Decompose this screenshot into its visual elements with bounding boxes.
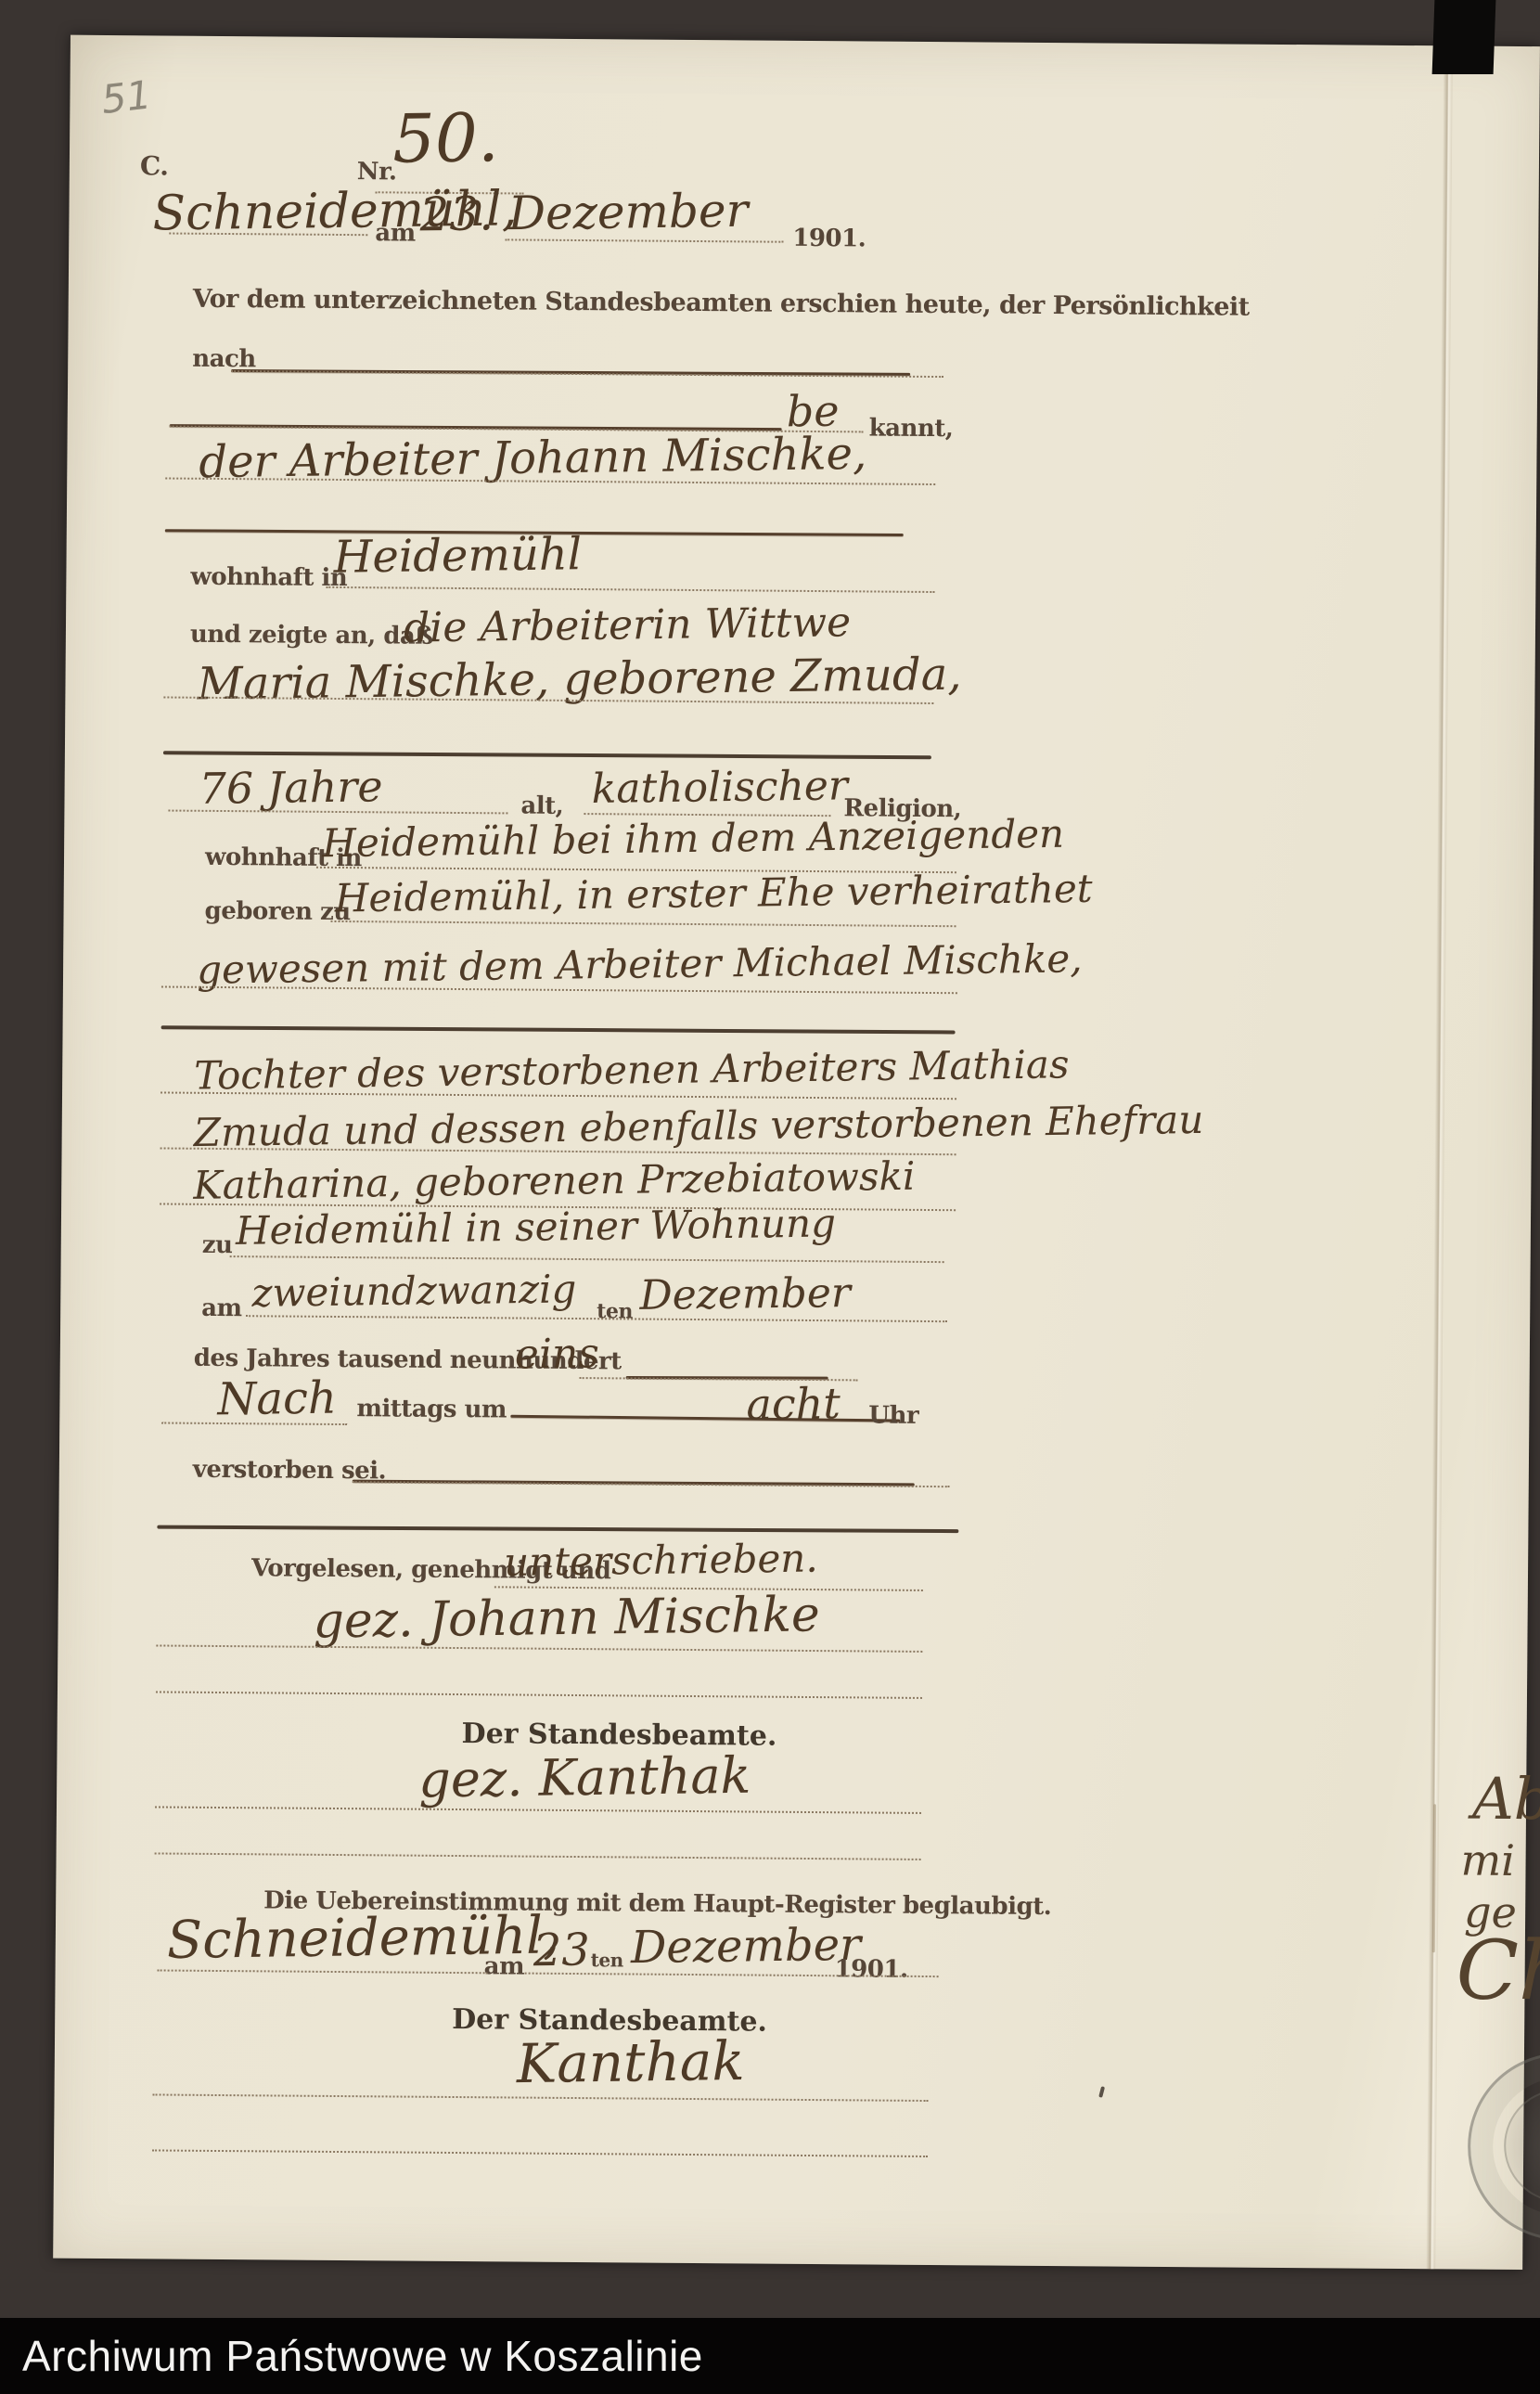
declarant-signature: gez. Johann Mischke <box>313 1587 820 1649</box>
religion-script: katholischer <box>591 762 848 813</box>
death-day-script: zweiundzwanzig <box>251 1266 577 1316</box>
parents-line1: Tochter des verstorbenen Arbeiters Mathi… <box>194 1041 1070 1098</box>
record-date: 23. Dezember <box>419 184 749 242</box>
archive-name: Archiwum Państwowe w Koszalinie <box>0 2331 703 2381</box>
birth-script: Heidemühl, in erster Ehe verheirathet <box>334 866 1092 921</box>
section-divider <box>157 1525 958 1534</box>
married-script: gewesen mit dem Arbeiter Michael Mischke… <box>197 935 1083 992</box>
registrar-signature: gez. Kanthak <box>418 1746 751 1809</box>
certify-day: 23 <box>533 1924 590 1977</box>
zeigte-label: und zeigte an, daß <box>190 621 433 650</box>
ruling-line <box>168 810 507 815</box>
page-fold-crease <box>1426 45 1453 2269</box>
stamp-center-emblem <box>1504 2089 1540 2203</box>
certify-month: Dezember <box>630 1919 861 1974</box>
official-round-stamp <box>1467 2053 1540 2242</box>
record-year: 1901. <box>792 225 866 253</box>
unterschrieben-script: unterschrieben. <box>504 1536 818 1585</box>
certify-am-label: am <box>484 1952 525 1980</box>
death-month-script: Dezember <box>639 1269 851 1319</box>
ink-speck <box>1098 2086 1105 2098</box>
ruling-line <box>326 586 934 593</box>
death-year-script: eins <box>515 1330 600 1378</box>
archive-caption-bar: Archiwum Państwowe w Koszalinie <box>0 2318 1540 2394</box>
mittags-label: mittags um <box>356 1395 507 1423</box>
ruling-line <box>156 1691 922 1698</box>
archive-scan-view: { "archive_bar": { "label": "Archiwum Pa… <box>0 0 1540 2394</box>
next-page-fragment: Ch <box>1456 1922 1540 2018</box>
ruling-line <box>158 1969 488 1974</box>
ten-label: ten <box>597 1299 633 1323</box>
declarant-residence: Heidemühl <box>333 528 582 583</box>
certify-year: 1901. <box>835 1955 908 1984</box>
ruling-line <box>505 238 783 242</box>
deceased-intro: die Arbeiterin Wittwe <box>404 598 852 651</box>
am2-label: am <box>201 1294 242 1322</box>
intro-line: Vor dem unterzeichneten Standesbeamten e… <box>193 285 1250 322</box>
zu-label: zu <box>202 1231 233 1259</box>
ink-stroke <box>510 1415 900 1422</box>
alt-label: alt, <box>520 792 563 820</box>
certify-ten-label: ten <box>591 1949 623 1971</box>
geboren-label: geboren zu <box>204 897 350 926</box>
next-page-fragment: Ab <box>1472 1765 1540 1834</box>
ruling-line <box>230 1255 944 1263</box>
pencil-page-number: 51 <box>99 71 154 122</box>
hour-script: acht <box>746 1378 841 1429</box>
ruling-line <box>330 920 956 927</box>
death-place-script: Heidemühl in seiner Wohnung <box>236 1200 837 1253</box>
next-page-fragment: mi <box>1460 1835 1515 1886</box>
am-label: am <box>375 219 416 247</box>
nr-label: Nr. <box>357 158 397 186</box>
residence2-script: Heidemühl bei ihm dem Anzeigenden <box>322 811 1064 866</box>
age-script: 76 Jahre <box>199 761 383 814</box>
section-letter: C. <box>140 150 169 181</box>
ruling-line <box>152 2149 928 2157</box>
nach-script: Nach <box>217 1372 337 1426</box>
section-divider <box>163 751 931 759</box>
uhr-label: Uhr <box>868 1401 918 1429</box>
parents-line2: Zmuda und dessen ebenfalls verstorbenen … <box>194 1097 1204 1155</box>
nr-value: 50. <box>392 98 500 177</box>
binding-clamp <box>1432 0 1496 74</box>
kannt-label: kannt, <box>869 414 954 443</box>
document-page: 51 C. Nr. 50. Schneidemühl, am 23. Dezem… <box>53 35 1540 2270</box>
ruling-line <box>155 1852 921 1860</box>
registrar-signature-2: Kanthak <box>516 2029 745 2095</box>
wohnhaft-label: wohnhaft in <box>190 563 347 592</box>
section-divider <box>161 1025 956 1034</box>
